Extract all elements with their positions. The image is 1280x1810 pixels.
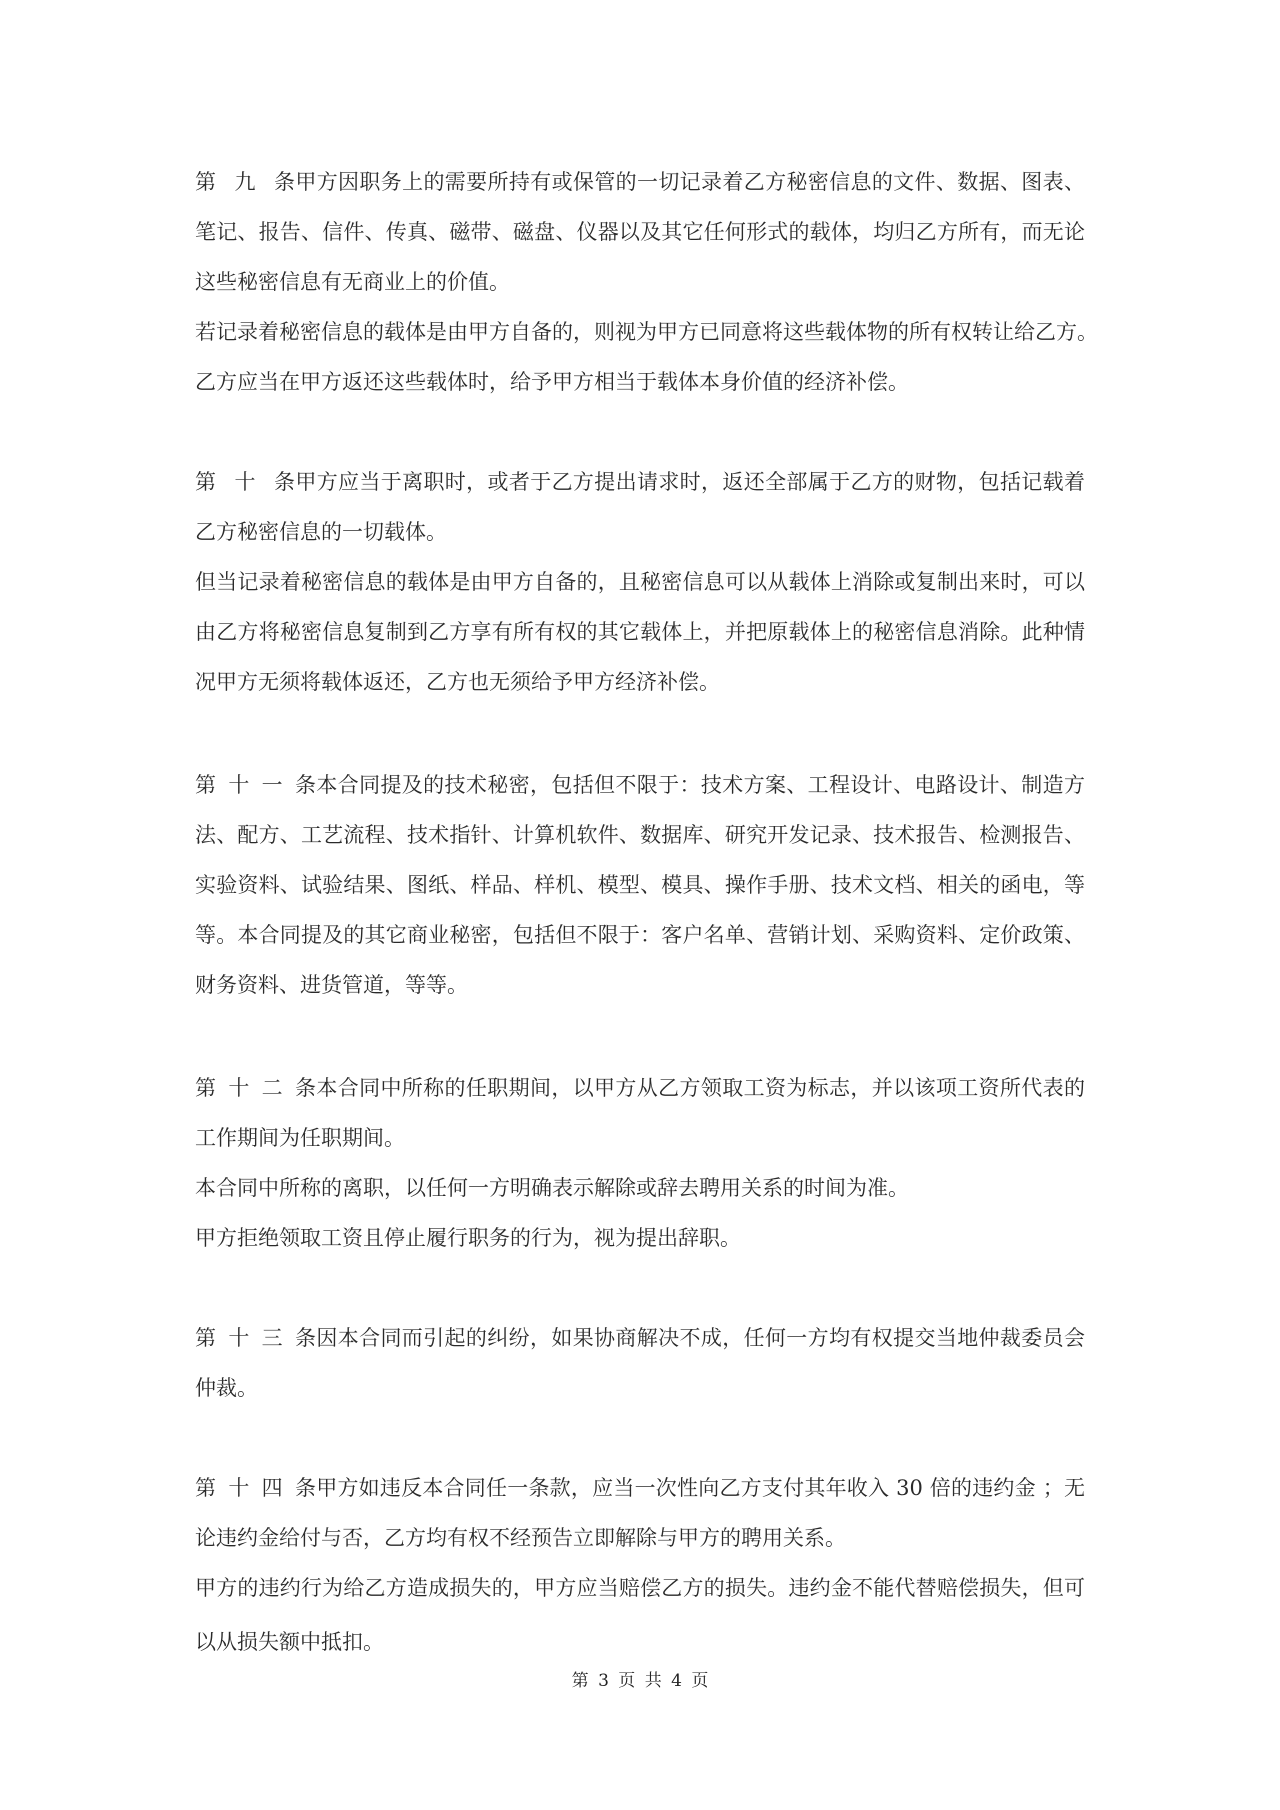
article-10-line-2: 乙方秘密信息的一切载体。: [195, 517, 1085, 547]
article-label: 第十条: [195, 467, 295, 497]
article-9-line-4: 若记录着秘密信息的载体是由甲方自备的，则视为甲方已同意将这些载体物的所有权转让给…: [195, 317, 1085, 347]
article-text: 甲方因职务上的需要所持有或保管的一切记录着乙方秘密信息的文件、数据、图表、: [295, 170, 1085, 194]
article-12-line-1: 第十二条本合同中所称的任职期间，以甲方从乙方领取工资为标志，并以该项工资所代表的: [195, 1073, 1085, 1103]
article-14-line-4: 以从损失额中抵扣。: [195, 1627, 1085, 1657]
article-text: 本合同提及的技术秘密，包括但不限于：技术方案、工程设计、电路设计、制造方: [316, 773, 1085, 797]
article-11-line-5: 财务资料、进货管道，等等。: [195, 970, 1085, 1000]
article-14-line-1: 第十四条甲方如违反本合同任一条款，应当一次性向乙方支付其年收入 30 倍的违约金…: [195, 1473, 1085, 1503]
article-label: 第十三条: [195, 1323, 316, 1353]
article-12-line-4: 甲方拒绝领取工资且停止履行职务的行为，视为提出辞职。: [195, 1223, 1085, 1253]
article-12-line-3: 本合同中所称的离职，以任何一方明确表示解除或辞去聘用关系的时间为准。: [195, 1173, 1085, 1203]
article-9-line-3: 这些秘密信息有无商业上的价值。: [195, 267, 1085, 297]
article-10-line-3: 但当记录着秘密信息的载体是由甲方自备的，且秘密信息可以从载体上消除或复制出来时，…: [195, 567, 1085, 597]
article-13-line-1: 第十三条因本合同而引起的纠纷，如果协商解决不成，任何一方均有权提交当地仲裁委员会: [195, 1323, 1085, 1353]
article-text: 甲方如违反本合同任一条款，应当一次性向乙方支付其年收入 30 倍的违约金 ；无: [316, 1476, 1085, 1500]
article-12-line-2: 工作期间为任职期间。: [195, 1123, 1085, 1153]
article-10-line-1: 第十条甲方应当于离职时，或者于乙方提出请求时，返还全部属于乙方的财物，包括记载着: [195, 467, 1085, 497]
article-11-line-1: 第十一条本合同提及的技术秘密，包括但不限于：技术方案、工程设计、电路设计、制造方: [195, 770, 1085, 800]
article-9-line-1: 第九条甲方因职务上的需要所持有或保管的一切记录着乙方秘密信息的文件、数据、图表、: [195, 167, 1085, 197]
article-label: 第十四条: [195, 1473, 316, 1503]
article-11-line-4: 等。本合同提及的其它商业秘密，包括但不限于：客户名单、营销计划、采购资料、定价政…: [195, 920, 1085, 950]
article-9-line-5: 乙方应当在甲方返还这些载体时，给予甲方相当于载体本身价值的经济补偿。: [195, 367, 1085, 397]
page-number-footer: 第 3 页 共 4 页: [0, 1669, 1280, 1693]
article-9-line-2: 笔记、报告、信件、传真、磁带、磁盘、仪器以及其它任何形式的载体，均归乙方所有，而…: [195, 217, 1085, 247]
article-text: 本合同中所称的任职期间，以甲方从乙方领取工资为标志，并以该项工资所代表的: [316, 1076, 1085, 1100]
article-11-line-2: 法、配方、工艺流程、技术指针、计算机软件、数据库、研究开发记录、技术报告、检测报…: [195, 820, 1085, 850]
article-label: 第九条: [195, 167, 295, 197]
article-text: 因本合同而引起的纠纷，如果协商解决不成，任何一方均有权提交当地仲裁委员会: [316, 1326, 1085, 1350]
article-14-line-3: 甲方的违约行为给乙方造成损失的，甲方应当赔偿乙方的损失。违约金不能代替赔偿损失，…: [195, 1573, 1085, 1603]
article-13-line-2: 仲裁。: [195, 1373, 1085, 1403]
article-text: 甲方应当于离职时，或者于乙方提出请求时，返还全部属于乙方的财物，包括记载着: [295, 470, 1085, 494]
document-page: 第九条甲方因职务上的需要所持有或保管的一切记录着乙方秘密信息的文件、数据、图表、…: [0, 0, 1280, 1810]
article-10-line-4: 由乙方将秘密信息复制到乙方享有所有权的其它载体上，并把原载体上的秘密信息消除。此…: [195, 617, 1085, 647]
article-label: 第十二条: [195, 1073, 316, 1103]
article-11-line-3: 实验资料、试验结果、图纸、样品、样机、模型、模具、操作手册、技术文档、相关的函电…: [195, 870, 1085, 900]
article-label: 第十一条: [195, 770, 316, 800]
article-10-line-5: 况甲方无须将载体返还，乙方也无须给予甲方经济补偿。: [195, 667, 1085, 697]
article-14-line-2: 论违约金给付与否，乙方均有权不经预告立即解除与甲方的聘用关系。: [195, 1523, 1085, 1553]
